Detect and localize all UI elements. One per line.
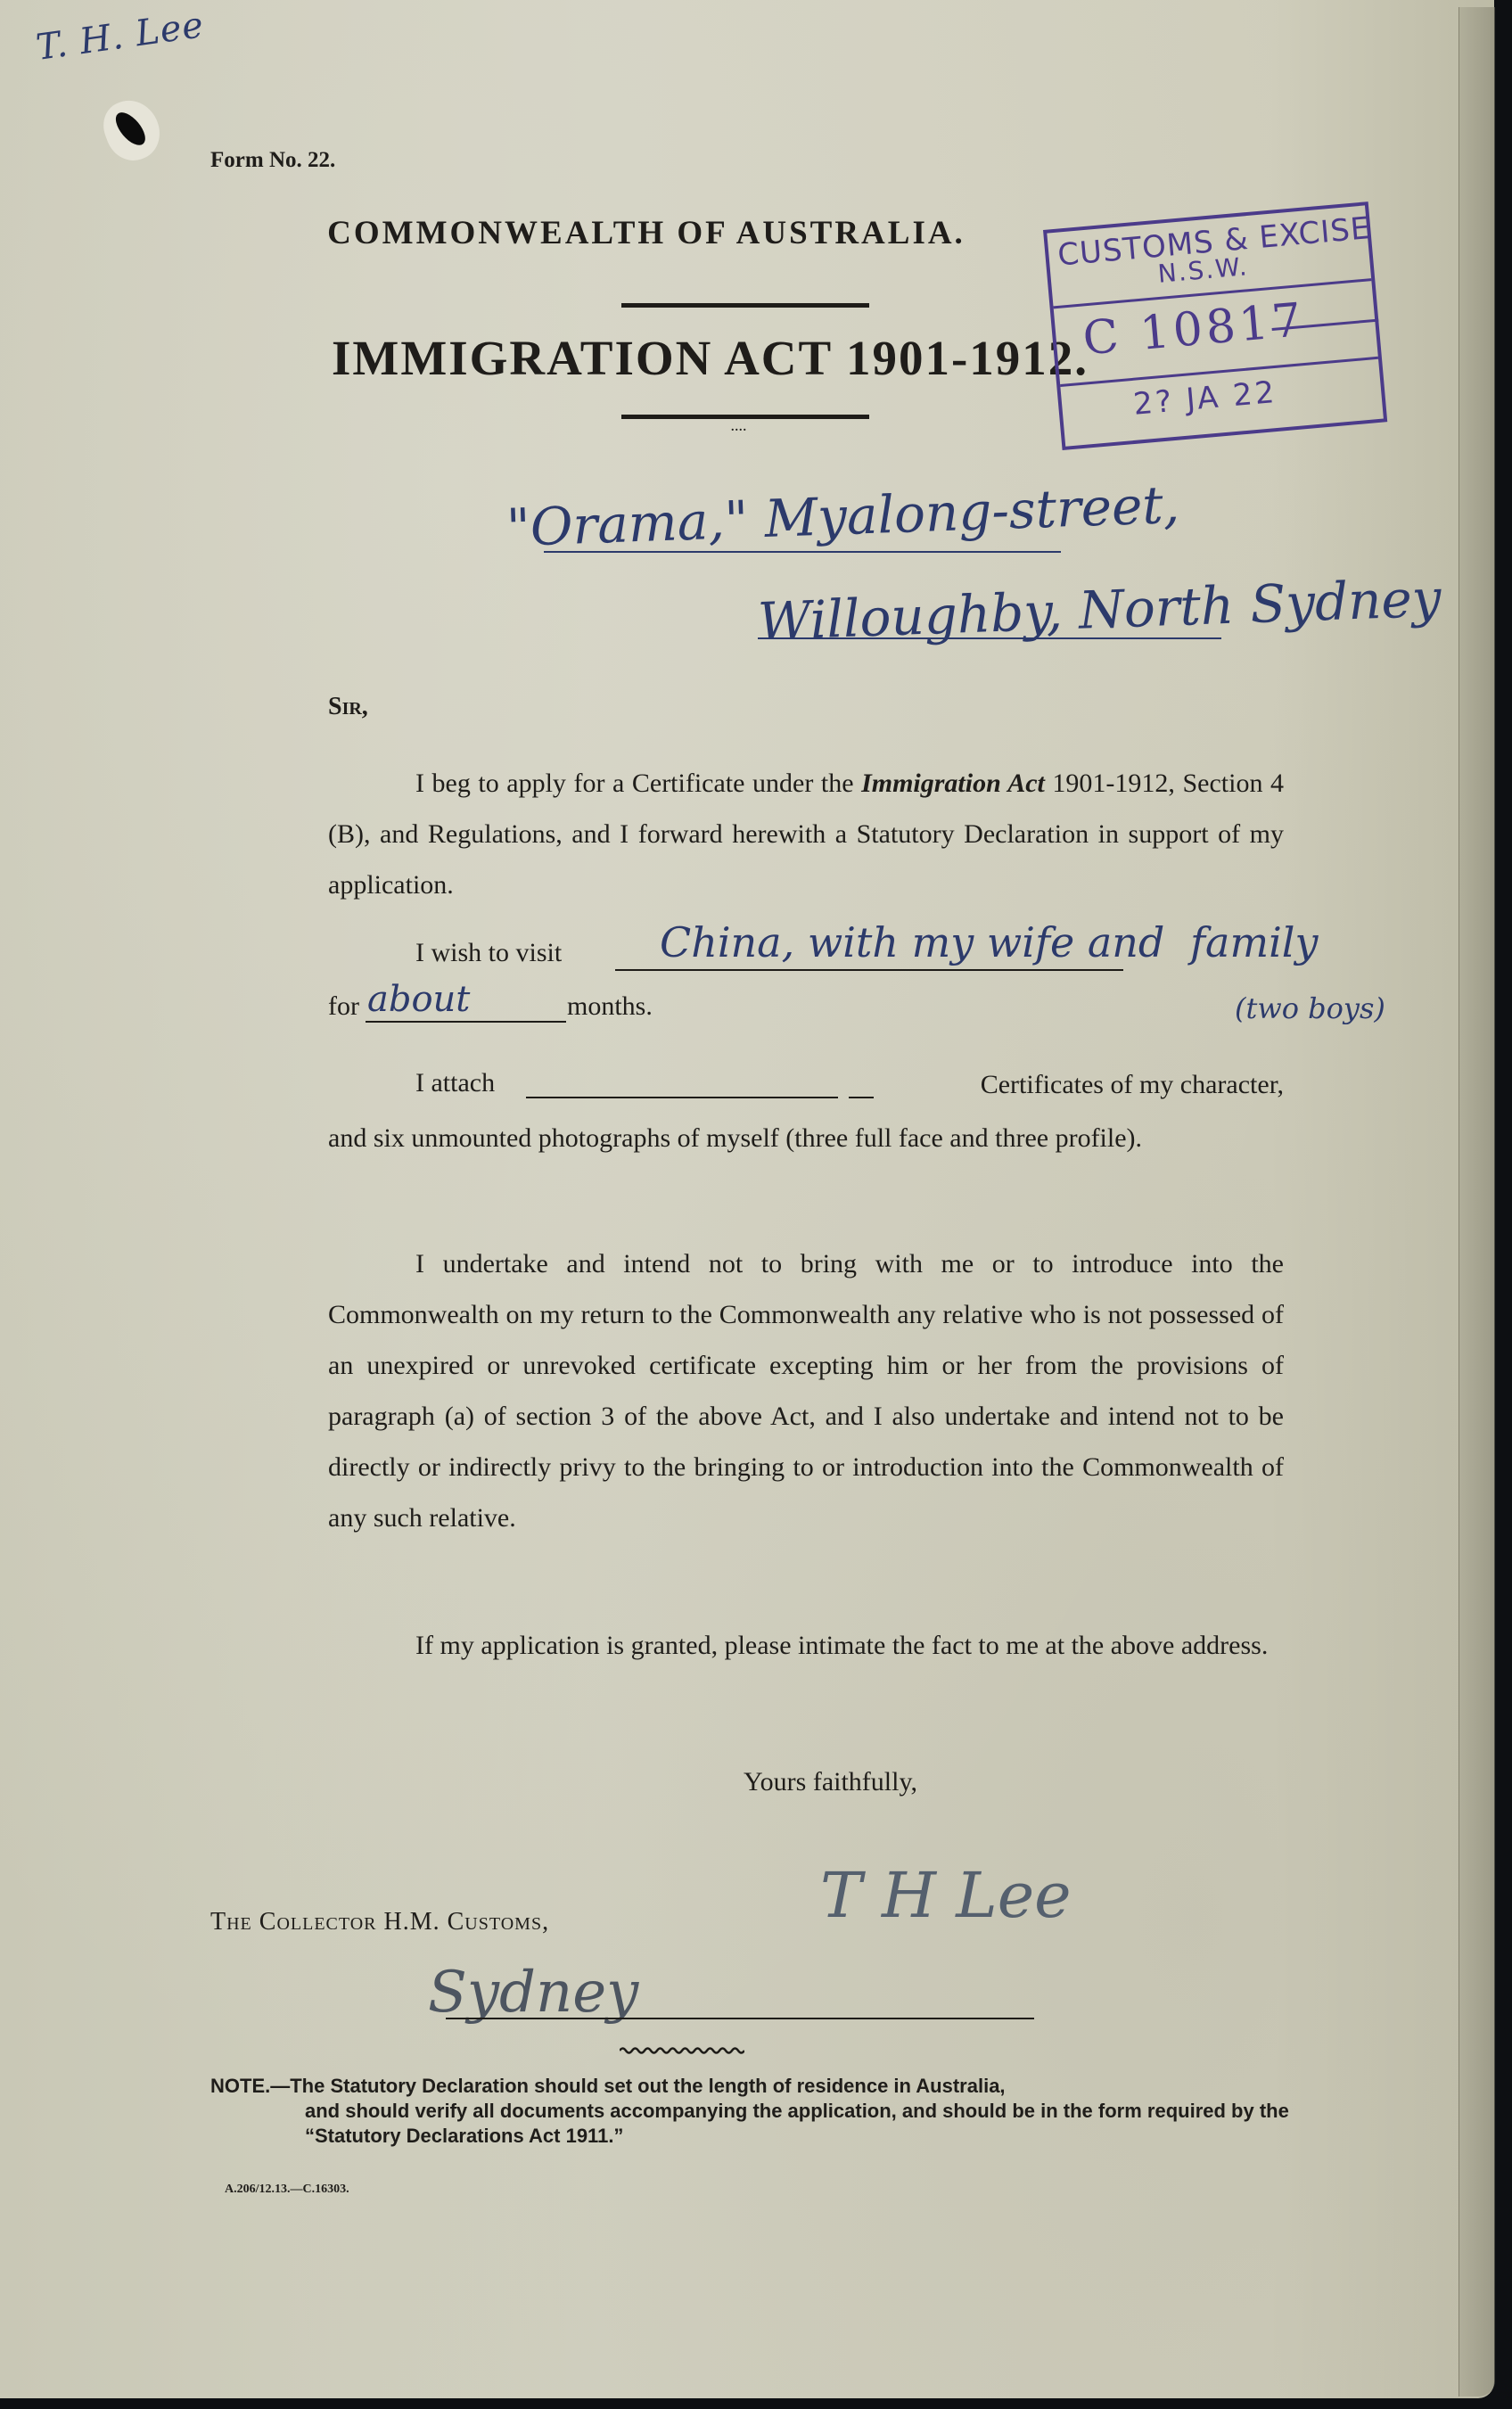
- attach-fill-line[interactable]: [526, 1097, 838, 1098]
- note: NOTE.—The Statutory Declaration should s…: [210, 2074, 1289, 2099]
- paragraph-undertaking: I undertake and intend not to bring with…: [328, 1238, 1284, 1543]
- duration-fill-line: [366, 1021, 566, 1023]
- duration-for-label: for: [328, 991, 359, 1022]
- heading-dots: ....: [731, 421, 747, 435]
- address-line-1: "Orama," Myalong-street,: [505, 474, 1180, 558]
- address-line-2: Willoughby, North Sydney: [757, 568, 1442, 653]
- wavy-rule: [620, 2046, 744, 2055]
- addressee-city-field[interactable]: Sydney: [428, 1960, 638, 2026]
- addressee-city-line: [446, 2018, 1034, 2019]
- act-name-italic: Immigration Act: [861, 769, 1045, 798]
- months-label: months.: [567, 991, 653, 1022]
- punch-hole: [96, 93, 168, 168]
- paragraph-application: I beg to apply for a Certificate under t…: [328, 758, 1284, 910]
- visit-destination-field[interactable]: China, with my wife and: [660, 918, 1164, 966]
- heading-country-text: COMMONWEALTH OF AUSTRALIA.: [327, 214, 966, 252]
- paragraph-text: I beg to apply for a Certificate under t…: [415, 769, 861, 798]
- signature: T H Lee: [820, 1859, 1072, 1932]
- visit-fill-line: [615, 969, 1123, 971]
- attach-label: I attach: [415, 1068, 495, 1098]
- attach-continuation: and six unmounted photographs of myself …: [328, 1113, 1284, 1163]
- addressee: The Collector H.M. Customs,: [210, 1908, 549, 1936]
- visit-destination-continuation: family: [1190, 918, 1318, 966]
- duration-field[interactable]: about: [367, 979, 470, 1020]
- form-number: Form No. 22.: [210, 148, 335, 173]
- visit-annotation: (two boys): [1235, 991, 1385, 1025]
- page-edge-fold: [1459, 7, 1495, 2397]
- salutation: Sir,: [328, 693, 368, 721]
- note-line-1: The Statutory Declaration should set out…: [290, 2075, 1005, 2097]
- paragraph-notification: If my application is granted, please int…: [328, 1620, 1284, 1671]
- address-underline: [758, 637, 1221, 639]
- pencil-annotation: T. H. Lee: [34, 4, 207, 69]
- document-page: T. H. Lee Form No. 22. COMMONWEALTH OF A…: [0, 0, 1494, 2398]
- attach-fill-line-end: [849, 1097, 874, 1098]
- note-continuation: and should verify all documents accompan…: [305, 2099, 1289, 2149]
- attach-suffix: Certificates of my character,: [883, 1070, 1284, 1100]
- heading-act: IMMIGRATION ACT 1901-1912.: [332, 330, 1089, 386]
- heading-rule-bottom: [621, 415, 869, 419]
- heading-rule-top: [621, 303, 869, 308]
- address-underline: [544, 551, 1061, 553]
- visit-label: I wish to visit: [415, 938, 562, 968]
- stamp-date: 2? JA 22: [1132, 374, 1278, 423]
- print-reference: A.206/12.13.—C.16303.: [225, 2183, 349, 2197]
- customs-stamp: CUSTOMS & EXCISE N.S.W. C 10817 2? JA 22: [1043, 201, 1387, 450]
- note-heading: NOTE.—: [210, 2075, 290, 2097]
- closing: Yours faithfully,: [744, 1767, 917, 1797]
